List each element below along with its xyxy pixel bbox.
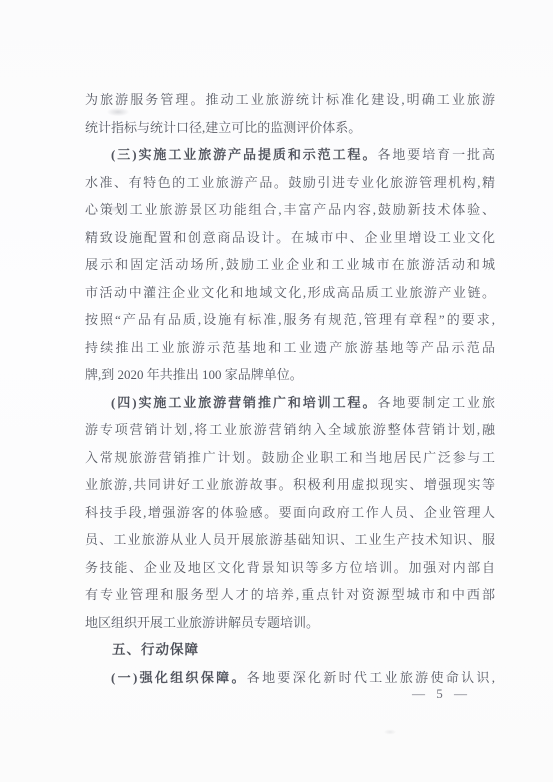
line-text: 市活动中灌注企业文化和地域文化,形成高品质工业旅游产业链。	[85, 285, 495, 300]
text-line: 科技手段,增强游客的体验感。要面向政府工作人员、企业管理人	[85, 499, 495, 527]
text-line: (三)实施工业旅游产品提质和示范工程。各地要培育一批高	[85, 141, 495, 169]
text-line: 市活动中灌注企业文化和地域文化,形成高品质工业旅游产业链。	[85, 279, 495, 307]
paragraph-lead: (四)实施工业旅游营销推广和培训工程。	[111, 395, 377, 410]
text-line: 业旅游,共同讲好工业旅游故事。积极利用虚拟现实、增强现实等	[85, 471, 495, 499]
line-text: 员、工业旅游从业人员开展旅游基础知识、工业生产技术知识、服	[85, 532, 495, 547]
line-text: 各地要培育一批高	[377, 147, 495, 162]
line-text: 水准、有特色的工业旅游产品。鼓励引进专业化旅游管理机构,精	[85, 175, 495, 190]
scanned-document-page: 为旅游服务管理。推动工业旅游统计标准化建设,明确工业旅游统计指标与统计口径,建立…	[0, 0, 553, 782]
text-line: 统计指标与统计口径,建立可比的监测评价体系。	[85, 114, 495, 142]
section-heading: 五、行动保障	[85, 636, 495, 664]
text-line: 牌,到 2020 年共推出 100 家品牌单位。	[85, 361, 495, 389]
line-text: 游专项营销计划,将工业旅游营销纳入全域旅游整体营销计划,融	[85, 422, 495, 437]
text-line: 游专项营销计划,将工业旅游营销纳入全域旅游整体营销计划,融	[85, 416, 495, 444]
line-text: 统计指标与统计口径,建立可比的监测评价体系。	[85, 120, 361, 135]
line-text: 各地要深化新时代工业旅游使命认识,	[247, 670, 495, 685]
text-line: 精致设施配置和创意商品设计。在城市中、企业里增设工业文化	[85, 224, 495, 252]
line-text: 五、行动保障	[112, 642, 199, 657]
line-text: 入常规旅游营销推广计划。鼓励企业职工和当地居民广泛参与工	[85, 450, 495, 465]
line-text: 按照“产品有品质,设施有标准,服务有规范,管理有章程”的要求,	[85, 312, 495, 327]
text-line: 地区组织开展工业旅游讲解员专题培训。	[85, 609, 495, 637]
text-line: (四)实施工业旅游营销推广和培训工程。各地要制定工业旅	[85, 389, 495, 417]
text-line: 务技能、企业及地区文化背景知识等多方位培训。加强对内部自	[85, 554, 495, 582]
text-lines: 为旅游服务管理。推动工业旅游统计标准化建设,明确工业旅游统计指标与统计口径,建立…	[85, 86, 495, 691]
line-text: 务技能、企业及地区文化背景知识等多方位培训。加强对内部自	[85, 560, 495, 575]
paragraph-lead: (一)强化组织保障。	[111, 670, 247, 685]
page-number: — 5 —	[412, 684, 471, 704]
line-text: 心策划工业旅游景区功能组合,丰富产品内容,鼓励新技术体验、	[85, 202, 495, 217]
text-line: 持续推出工业旅游示范基地和工业遗产旅游基地等产品示范品	[85, 334, 495, 362]
line-text: 牌,到 2020 年共推出 100 家品牌单位。	[85, 367, 303, 382]
text-line: 入常规旅游营销推广计划。鼓励企业职工和当地居民广泛参与工	[85, 444, 495, 472]
line-text: 各地要制定工业旅	[377, 395, 495, 410]
text-line: 有专业管理和服务型人才的培养,重点针对资源型城市和中西部	[85, 581, 495, 609]
line-text: 科技手段,增强游客的体验感。要面向政府工作人员、企业管理人	[85, 505, 495, 520]
line-text: 持续推出工业旅游示范基地和工业遗产旅游基地等产品示范品	[85, 340, 495, 355]
text-line: 展示和固定活动场所,鼓励工业企业和工业城市在旅游活动和城	[85, 251, 495, 279]
line-text: 展示和固定活动场所,鼓励工业企业和工业城市在旅游活动和城	[85, 257, 495, 272]
line-text: 精致设施配置和创意商品设计。在城市中、企业里增设工业文化	[85, 230, 495, 245]
line-text: 有专业管理和服务型人才的培养,重点针对资源型城市和中西部	[85, 587, 495, 602]
line-text: 业旅游,共同讲好工业旅游故事。积极利用虚拟现实、增强现实等	[85, 477, 495, 492]
line-text: 为旅游服务管理。推动工业旅游统计标准化建设,明确工业旅游	[85, 92, 495, 107]
paragraph-lead: (三)实施工业旅游产品提质和示范工程。	[111, 147, 377, 162]
text-line: 为旅游服务管理。推动工业旅游统计标准化建设,明确工业旅游	[85, 86, 495, 114]
text-line: 心策划工业旅游景区功能组合,丰富产品内容,鼓励新技术体验、	[85, 196, 495, 224]
text-line: 员、工业旅游从业人员开展旅游基础知识、工业生产技术知识、服	[85, 526, 495, 554]
text-line: 水准、有特色的工业旅游产品。鼓励引进专业化旅游管理机构,精	[85, 169, 495, 197]
line-text: 地区组织开展工业旅游讲解员专题培训。	[85, 615, 319, 630]
text-line: 按照“产品有品质,设施有标准,服务有规范,管理有章程”的要求,	[85, 306, 495, 334]
